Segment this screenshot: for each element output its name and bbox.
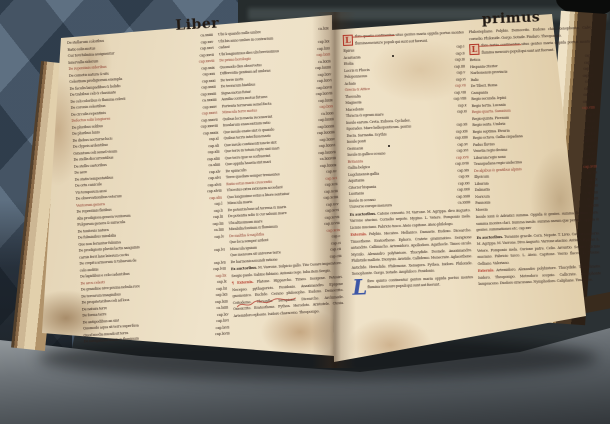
blue-lombard-initial: L <box>352 278 366 297</box>
ex-auctoribus-paragraph: Ex auctoribus. Turannio gracile. Corn. N… <box>476 230 600 267</box>
right-page-text: primus L Ibro quarto continentur situs g… <box>342 7 603 297</box>
red-lombard-initial: L <box>469 43 479 54</box>
left-page-column-1: De stellarum coloribus ca.xxiiii Ratio s… <box>67 32 230 345</box>
photo-open-incunabulum: Liber De stellarum coloribus ca.xxiiii R… <box>0 0 610 424</box>
ink-speck <box>388 145 390 147</box>
chapter-number: ca.xxiiii <box>458 199 471 206</box>
ink-speck <box>392 55 394 57</box>
chapter-number: ca.xxiiii <box>586 202 599 209</box>
right-page-column-1: L Ibro quarto continentur situs gentes m… <box>343 28 474 297</box>
chapter-title: Moesia <box>475 206 487 213</box>
left-page-text: Liber De stellarum coloribus ca.xxiiii R… <box>66 9 346 345</box>
right-page-column-2: Philostephano. Polybio. Democrito. Eudox… <box>469 23 602 287</box>
chapter-number: ca.lxix <box>318 25 329 32</box>
chapter-number: cap.lvi <box>214 246 225 253</box>
externis-paragraph: Externis. Artemidoro. Alexandro polyhist… <box>478 263 602 287</box>
chapter-number: cap.lv <box>214 233 224 240</box>
chapter-number: cap.xi <box>457 108 467 115</box>
red-lombard-initial: L <box>343 34 353 45</box>
externis-paragraph: Externis. Polybio. Hecateo. Hellanico. D… <box>350 227 473 277</box>
chapter-number: cap.ciii <box>329 252 341 259</box>
left-page-column-2: Ubi & quando nulle umbre ca.lxix Ubi bis… <box>218 25 345 319</box>
chapter-number: cap.lxviii <box>215 330 230 337</box>
